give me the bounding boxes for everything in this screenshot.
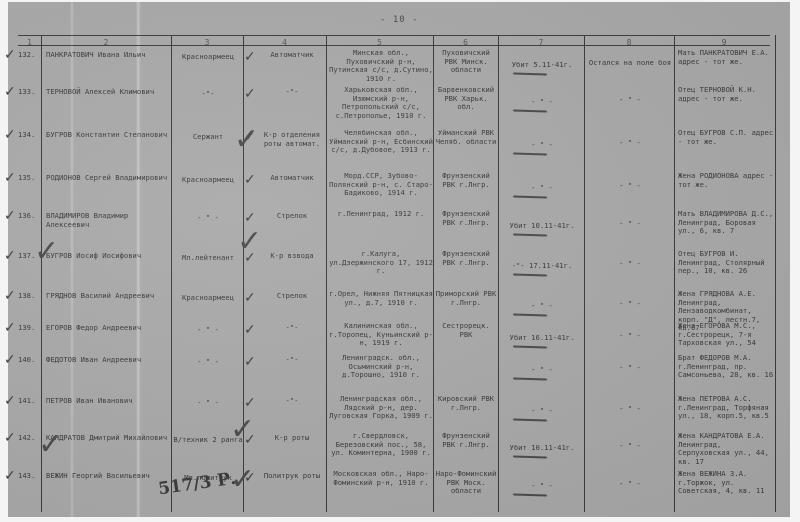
column-rule bbox=[498, 35, 499, 512]
birthplace-year: Ленинградск. обл., Осьминский р-н, д.Тор… bbox=[329, 354, 433, 380]
row-number: 143. bbox=[18, 472, 42, 481]
checkmark-icon: ✓ bbox=[244, 49, 256, 65]
header-top-rule bbox=[18, 35, 770, 36]
draft-office: Приморский РВК г.Лнгр. bbox=[435, 290, 497, 307]
birthplace-year: Калининская обл., г.Торопец, Куньинский … bbox=[329, 322, 433, 348]
checkmark-icon: ✓ bbox=[4, 393, 16, 409]
birthplace-year: Челябинская обл., Уйманский р-н, Есбинск… bbox=[329, 129, 433, 155]
column-number: 1 bbox=[18, 38, 41, 47]
next-of-kin-address: Жена ВЕЖИНА З.А. г.Торжок, ул. Советская… bbox=[678, 470, 774, 496]
birthplace-year: г.Ленинград, 1912 г. bbox=[329, 210, 433, 219]
pencil-underline bbox=[513, 418, 547, 421]
checkmark-icon: ✓ bbox=[4, 352, 16, 368]
military-rank: Сержант bbox=[173, 133, 243, 142]
position: -"- bbox=[258, 397, 326, 406]
military-rank: В/техник 2 ранга bbox=[173, 436, 243, 445]
draft-office: Кировский РВК г.Лнгр. bbox=[435, 395, 497, 412]
pencil-checkmark-icon: ✓ bbox=[237, 224, 262, 259]
military-rank: Мл.лейтенант bbox=[173, 254, 243, 263]
burial-place: - " - bbox=[586, 405, 674, 414]
fate-date: - " - bbox=[500, 141, 584, 150]
checkmark-icon: ✓ bbox=[4, 288, 16, 304]
burial-place: - " - bbox=[586, 364, 674, 373]
row-number: 132. bbox=[18, 51, 42, 60]
checkmark-icon: ✓ bbox=[4, 320, 16, 336]
checkmark-icon: ✓ bbox=[244, 172, 256, 188]
full-name: КАНДРАТОВ Дмитрий Михайлович bbox=[46, 434, 170, 443]
pencil-checkmark-icon: ✓ bbox=[34, 234, 59, 269]
row-number: 138. bbox=[18, 292, 42, 301]
row-number: 133. bbox=[18, 88, 42, 97]
checkmark-icon: ✓ bbox=[244, 210, 256, 226]
next-of-kin-address: Брат ФЕДОРОВ М.А. г.Ленинград, пр. Самсо… bbox=[678, 354, 774, 380]
checkmark-icon: ✓ bbox=[244, 354, 256, 370]
position: Автоматчик bbox=[258, 51, 326, 60]
fate-date: - " - bbox=[500, 366, 584, 375]
fate-date: Убит 10.11-41г. bbox=[500, 444, 584, 453]
position: -"- bbox=[258, 88, 326, 97]
full-name: ВЕЖИН Георгий Васильевич bbox=[46, 472, 170, 481]
military-rank: - " - bbox=[173, 399, 243, 408]
military-rank: - " - bbox=[173, 214, 243, 223]
pencil-underline bbox=[513, 72, 547, 75]
fate-date: - " - bbox=[500, 407, 584, 416]
checkmark-icon: ✓ bbox=[4, 430, 16, 446]
next-of-kin-address: Жена ЕГОРОВА М.С., г.Сестрорецк, 7-я Тар… bbox=[678, 322, 774, 348]
row-number: 136. bbox=[18, 212, 42, 221]
page-number: - 10 - bbox=[380, 15, 419, 25]
column-number: 8 bbox=[584, 38, 674, 47]
pencil-underline bbox=[513, 377, 547, 380]
column-rule bbox=[243, 35, 244, 512]
full-name: ЕГОРОВ Федор Андреевич bbox=[46, 324, 170, 333]
column-number: 2 bbox=[41, 38, 171, 47]
burial-place: - " - bbox=[586, 260, 674, 269]
fate-date: - " - bbox=[500, 482, 584, 491]
position: Политрук роты bbox=[258, 472, 326, 481]
full-name: РОДИОНОВ Сергей Владимирович bbox=[46, 174, 170, 183]
full-name: ПЕТРОВ Иван Иванович bbox=[46, 397, 170, 406]
position: -"- bbox=[258, 356, 326, 365]
pencil-checkmark-icon: ✓ bbox=[230, 462, 255, 497]
next-of-kin-address: Отец ТЕРНОВОЙ К.Н. адрес - тот же. bbox=[678, 86, 774, 103]
draft-office: Фрунзенский РВК г.Лнгр. bbox=[435, 432, 497, 449]
checkmark-icon: ✓ bbox=[4, 208, 16, 224]
burial-place: - " - bbox=[586, 332, 674, 341]
next-of-kin-address: Жена ПЕТРОВА А.С. г.Ленинград, Торфяная … bbox=[678, 395, 774, 421]
burial-place: - " - bbox=[586, 480, 674, 489]
column-rule bbox=[775, 35, 776, 512]
next-of-kin-address: Жена ГРЯДНОВА А.Е. Ленинград, Лензаводко… bbox=[678, 290, 774, 333]
fate-date: Убит 10.11-41г. bbox=[500, 222, 584, 231]
pencil-underline bbox=[513, 233, 547, 236]
column-rule bbox=[41, 35, 42, 512]
position: -"- bbox=[258, 324, 326, 333]
next-of-kin-address: Отец БУГРОВ И. Ленинград, Столярный пер.… bbox=[678, 250, 774, 276]
position: Стрелок bbox=[258, 292, 326, 301]
checkmark-icon: ✓ bbox=[4, 468, 16, 484]
draft-office: Уйманский РВК Челяб. области bbox=[435, 129, 497, 146]
pencil-underline bbox=[513, 273, 547, 276]
column-rule bbox=[433, 35, 434, 512]
position: Автоматчик bbox=[258, 174, 326, 183]
checkmark-icon: ✓ bbox=[244, 432, 256, 448]
row-number: 140. bbox=[18, 356, 42, 365]
checkmark-icon: ✓ bbox=[244, 322, 256, 338]
birthplace-year: Морд.ССР, Зубово-Полянский р-н, с. Старо… bbox=[329, 172, 433, 198]
draft-office: Пуховичский РВК Минск. области bbox=[435, 49, 497, 75]
military-rank: Красноармеец bbox=[173, 53, 243, 62]
header-bottom-rule bbox=[18, 45, 770, 46]
row-number: 139. bbox=[18, 324, 42, 333]
fate-date: - " - bbox=[500, 98, 584, 107]
birthplace-year: Ленинградская обл., Лядский р-н, дер. Лу… bbox=[329, 395, 433, 421]
birthplace-year: Минская обл., Пуховичский р-н, Путинская… bbox=[329, 49, 433, 83]
column-rule bbox=[674, 35, 675, 512]
draft-office: Наро-Фоминский РВК Моск. области bbox=[435, 470, 497, 496]
row-number: 137. bbox=[18, 252, 42, 261]
military-rank: - " - bbox=[173, 326, 243, 335]
full-name: БУГРОВ Иосиф Иосифович bbox=[46, 252, 170, 261]
fate-date: Убит 16.11-41г. bbox=[500, 334, 584, 343]
pencil-underline bbox=[513, 493, 547, 496]
checkmark-icon: ✓ bbox=[244, 86, 256, 102]
scanned-document-page: - 10 - 1 2 3 4 5 6 7 8 9 ✓132.ПАНКРАТОВИ… bbox=[8, 2, 790, 517]
burial-place: - " - bbox=[586, 139, 674, 148]
pencil-checkmark-icon: ✓ bbox=[234, 122, 259, 157]
military-rank: - " - bbox=[173, 358, 243, 367]
checkmark-icon: ✓ bbox=[4, 170, 16, 186]
full-name: БУГРОВ Константин Степанович bbox=[46, 131, 170, 140]
full-name: ГРЯДНОВ Василий Андреевич bbox=[46, 292, 170, 301]
next-of-kin-address: Мать ВЛАДИМИРОВА Д.С., Ленинград, Борова… bbox=[678, 210, 774, 236]
next-of-kin-address: Мать ПАНКРАТОВИЧ Е.А. адрес - тот же. bbox=[678, 49, 774, 66]
military-rank: Мл.политрук bbox=[173, 474, 243, 483]
birthplace-year: Московская обл., Наро-Фоминский р-н, 191… bbox=[329, 470, 433, 487]
row-number: 135. bbox=[18, 174, 42, 183]
next-of-kin-address: Жена РОДИОНОВА адрес - тот же. bbox=[678, 172, 774, 189]
checkmark-icon: ✓ bbox=[4, 127, 16, 143]
pencil-underline bbox=[513, 152, 547, 155]
draft-office: Фрунзенский РВК г.Лнгр. bbox=[435, 172, 497, 189]
pencil-underline bbox=[513, 455, 547, 458]
column-number: 7 bbox=[498, 38, 584, 47]
pencil-checkmark-icon: ✓ bbox=[38, 427, 63, 462]
burial-place: - " - bbox=[586, 182, 674, 191]
full-name: ПАНКРАТОВИЧ Ивана Ильич bbox=[46, 51, 170, 60]
military-rank: Красноармеец bbox=[173, 176, 243, 185]
checkmark-icon: ✓ bbox=[4, 47, 16, 63]
checkmark-icon: ✓ bbox=[244, 250, 256, 266]
burial-place: - " - bbox=[586, 96, 674, 105]
full-name: ФЕДОТОВ Иван Андреевич bbox=[46, 356, 170, 365]
checkmark-icon: ✓ bbox=[244, 470, 256, 486]
position: К-р роты bbox=[258, 434, 326, 443]
column-number: 3 bbox=[171, 38, 243, 47]
fate-date: -"- 17.11-41г. bbox=[500, 262, 584, 271]
military-rank: -"- bbox=[173, 90, 243, 99]
full-name: ТЕРНОВОЙ Алексей Климович bbox=[46, 88, 170, 97]
checkmark-icon: ✓ bbox=[244, 395, 256, 411]
checkmark-icon: ✓ bbox=[244, 129, 256, 145]
burial-place: - " - bbox=[586, 300, 674, 309]
column-rule bbox=[171, 35, 172, 512]
column-number: 5 bbox=[326, 38, 433, 47]
column-rule bbox=[584, 35, 585, 512]
position: Стрелок bbox=[258, 212, 326, 221]
position: К-р отделения роты автомат. bbox=[258, 131, 326, 148]
checkmark-icon: ✓ bbox=[244, 290, 256, 306]
row-number: 141. bbox=[18, 397, 42, 406]
pencil-checkmark-icon: ✓ bbox=[230, 412, 255, 447]
column-number: 6 bbox=[433, 38, 498, 47]
birthplace-year: Харьковская обл., Изюмский р-н, Петропол… bbox=[329, 86, 433, 120]
row-number: 134. bbox=[18, 131, 42, 140]
birthplace-year: г.Свердловск, Березовский пос., 58, ул. … bbox=[329, 432, 433, 458]
fate-date: Убит 5.11-41г. bbox=[500, 61, 584, 70]
next-of-kin-address: Отец БУГРОВ С.П. адрес - тот же. bbox=[678, 129, 774, 146]
fate-date: - " - bbox=[500, 184, 584, 193]
draft-office: Сестрорецк. РВК bbox=[435, 322, 497, 339]
position: К-р взвода bbox=[258, 252, 326, 261]
birthplace-year: г.Орел, Нижняя Пятницкая ул., д.7, 1910 … bbox=[329, 290, 433, 307]
checkmark-icon: ✓ bbox=[4, 84, 16, 100]
draft-office: Фрунзенский РВК г.Лнгр. bbox=[435, 210, 497, 227]
pencil-underline bbox=[513, 345, 547, 348]
column-number: 4 bbox=[243, 38, 326, 47]
burial-place: Остался на поле боя bbox=[586, 59, 674, 68]
military-rank: Красноармеец bbox=[173, 294, 243, 303]
column-number: 9 bbox=[674, 38, 774, 47]
draft-office: Фрунзенский РВК г.Лнгр. bbox=[435, 250, 497, 267]
checkmark-icon: ✓ bbox=[4, 248, 16, 264]
next-of-kin-address: Жена КАНДРАТОВА Е.А. Ленинград, Серпухов… bbox=[678, 432, 774, 466]
column-rule bbox=[326, 35, 327, 512]
fate-date: - " - bbox=[500, 302, 584, 311]
birthplace-year: г.Калуга, ул.Дзержинского 17, 1912 г. bbox=[329, 250, 433, 276]
draft-office: Барвенковский РВК Харьк. обл. bbox=[435, 86, 497, 112]
full-name: ВЛАДИМИРОВ Владимир Алексеевич bbox=[46, 212, 170, 229]
pencil-underline bbox=[513, 195, 547, 198]
burial-place: - " - bbox=[586, 442, 674, 451]
archive-stamp: 517/3 Р. bbox=[157, 469, 237, 500]
pencil-underline bbox=[513, 313, 547, 316]
row-number: 142. bbox=[18, 434, 42, 443]
burial-place: - " - bbox=[586, 220, 674, 229]
pencil-underline bbox=[513, 109, 547, 112]
